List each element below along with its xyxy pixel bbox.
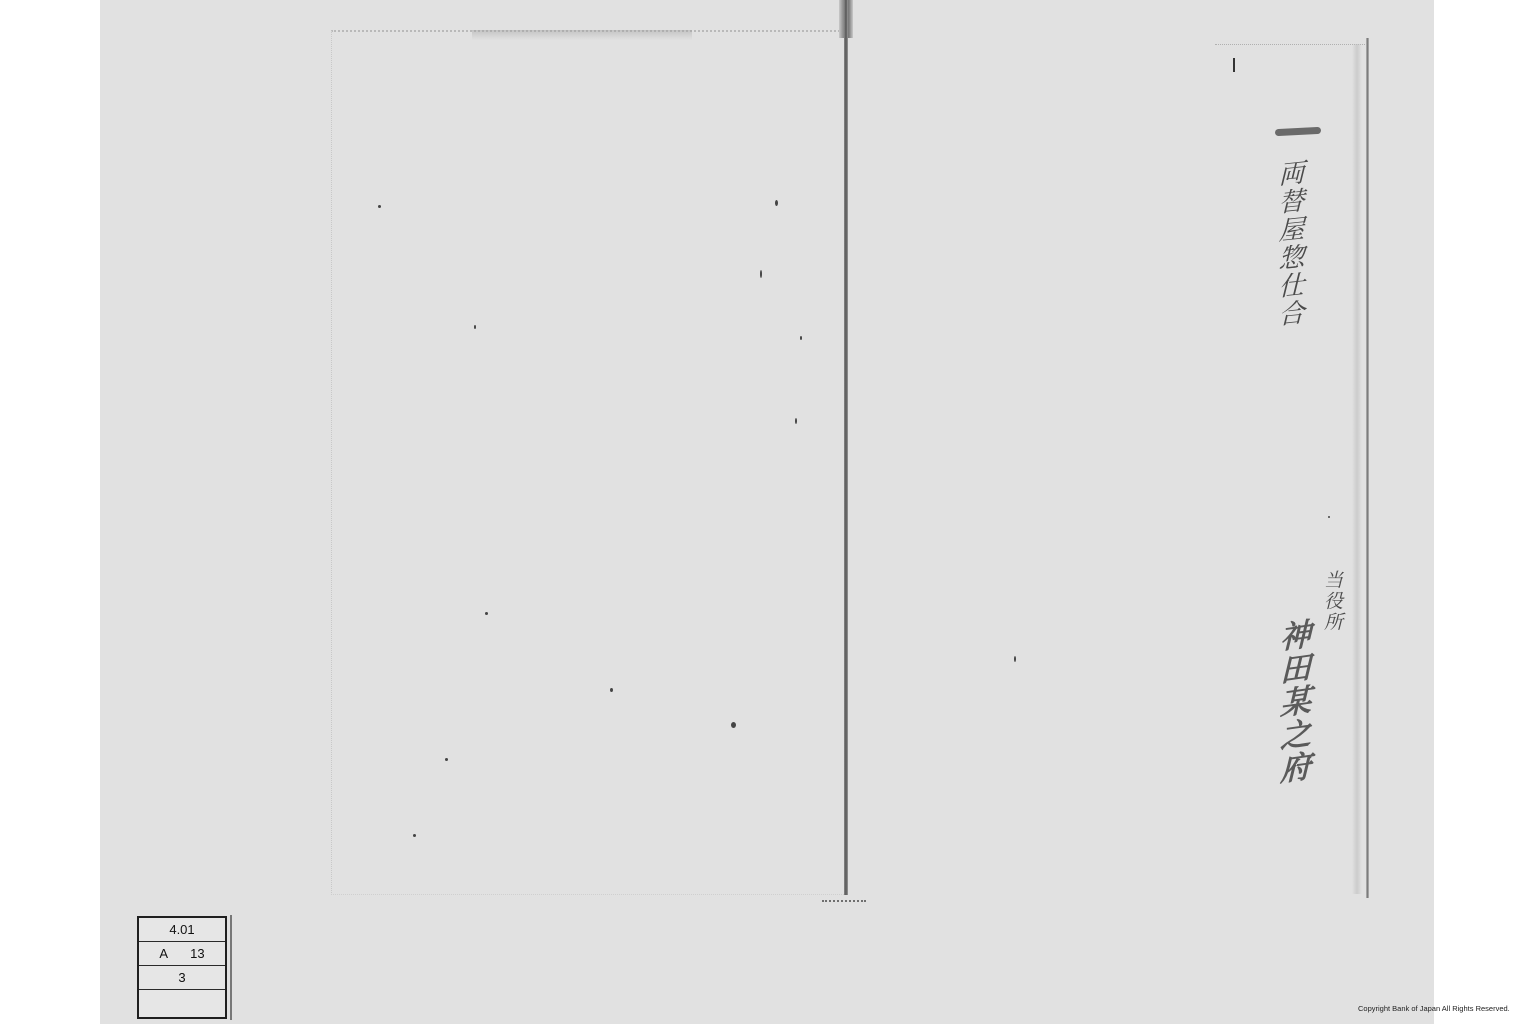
- paper-speck: [1328, 516, 1330, 518]
- paper-smudge: [472, 30, 692, 40]
- paper-speck: [474, 325, 476, 329]
- copyright-notice: Copyright Bank of Japan All Rights Reser…: [1358, 1004, 1510, 1013]
- archive-label: 4.01 A 13 3: [137, 916, 227, 1019]
- archive-label-number: 13: [190, 946, 204, 961]
- signature-name: 神田某之府: [1276, 618, 1307, 787]
- paper-speck: [413, 834, 416, 837]
- paper-speck: [1014, 656, 1016, 662]
- paper-speck: [795, 418, 797, 424]
- archive-label-row: 3: [139, 966, 225, 990]
- paper-speck: [378, 205, 381, 208]
- signature-office: 当役所: [1322, 570, 1341, 633]
- right-page-edge: [1366, 38, 1369, 898]
- paper-speck: [445, 758, 448, 761]
- archive-label-row: A 13: [139, 942, 225, 966]
- binding-foot: [822, 893, 866, 902]
- archive-label-volume: 3: [178, 970, 185, 985]
- binding-gutter: [844, 0, 848, 895]
- page-mark: [1233, 58, 1235, 72]
- label-edge-line: [230, 915, 232, 1020]
- page-edge-shadow: [1352, 44, 1362, 894]
- paper-speck: [775, 200, 778, 206]
- paper-speck: [760, 270, 762, 278]
- manuscript-title: 両替屋惣仕合: [1276, 159, 1302, 330]
- paper-speck: [800, 336, 802, 340]
- archive-label-code: 4.01: [169, 922, 194, 937]
- archive-label-series: A: [159, 946, 168, 961]
- paper-speck: [731, 722, 736, 728]
- paper-speck: [485, 612, 488, 615]
- left-page: [331, 30, 844, 895]
- archive-label-row: 4.01: [139, 918, 225, 942]
- paper-speck: [610, 688, 613, 692]
- archive-label-row: [139, 990, 225, 1014]
